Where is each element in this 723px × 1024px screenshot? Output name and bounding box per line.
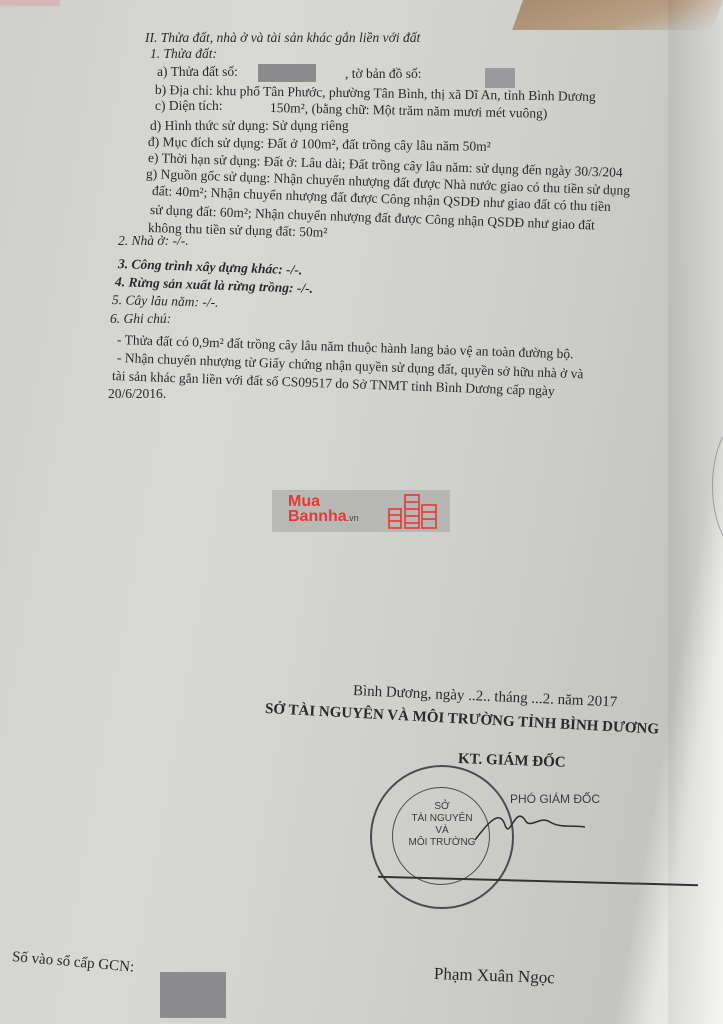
house-line: 2. Nhà ở: -/-.: [118, 233, 189, 248]
signer-title: KT. GIÁM ĐỐC: [458, 752, 566, 771]
watermark-line-2: Bannha: [288, 508, 347, 525]
watermark-line-1: Mua: [288, 494, 359, 509]
watermark-suffix: .vn: [347, 513, 359, 523]
map-sheet-label: , tờ bản đồ số:: [345, 66, 422, 81]
redacted-map-sheet: [485, 68, 515, 88]
issue-date: Bình Dương, ngày ..2.. tháng ...2. năm 2…: [353, 684, 618, 711]
perennial-line: 5. Cây lâu năm: -/-.: [112, 292, 219, 310]
watermark-logo: Mua Bannha.vn: [272, 490, 450, 532]
signature-icon: [470, 800, 590, 850]
redacted-register-number: [160, 972, 226, 1018]
usage-form: d) Hình thức sử dụng: Sử dụng riêng: [150, 118, 349, 133]
land-heading: 1. Thửa đất:: [150, 46, 217, 61]
section-title: II. Thửa đất, nhà ở và tài sản khác gắn …: [145, 30, 420, 45]
area-label: c) Diện tích:: [155, 98, 222, 113]
redacted-parcel-number: [258, 64, 316, 82]
watermark-text: Mua Bannha.vn: [288, 494, 359, 526]
parcel-number-label: a) Thửa đất số:: [157, 64, 238, 79]
paper-corner: [0, 0, 60, 6]
buildings-icon: [387, 493, 439, 529]
note-4: 20/6/2016.: [108, 386, 166, 401]
notes-heading: 6. Ghi chú:: [110, 311, 171, 326]
signer-name: Phạm Xuân Ngọc: [434, 966, 555, 985]
register-number-label: Số vào sổ cấp GCN:: [11, 950, 134, 976]
